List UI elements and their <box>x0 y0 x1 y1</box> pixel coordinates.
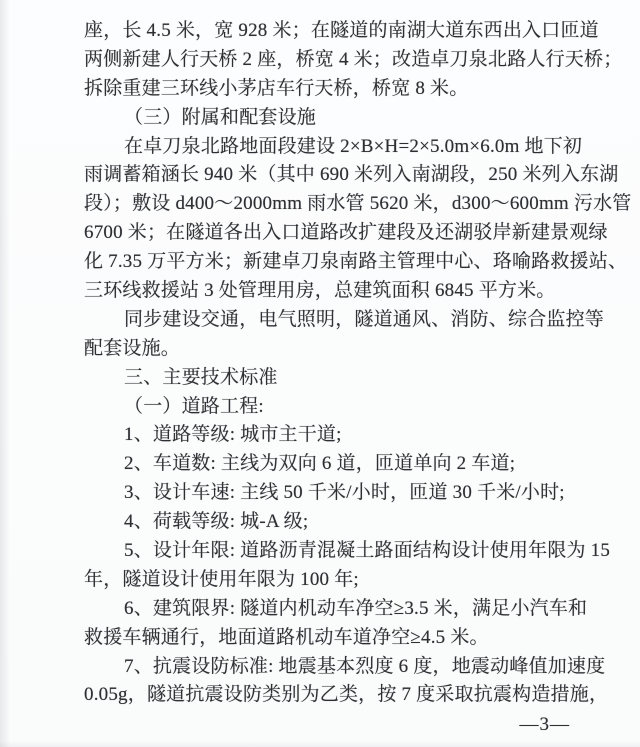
text-line: 0.05g，隧道抗震设防类别为乙类，按 7 度采取抗震构造措施， <box>84 681 574 710</box>
text-line: 年，隧道设计使用年限为 100 年; <box>84 566 574 595</box>
text-line: 1、道路等级: 城市主干道; <box>84 421 574 450</box>
text-line: 6、建筑限界: 隧道内机动车净空≥3.5 米，满足小汽车和 <box>84 595 574 624</box>
text-line: （三）附属和配套设施 <box>84 104 574 133</box>
text-line: 6700 米；在隧道各出入口道路改扩建段及还湖驳岸新建景观绿 <box>84 219 574 248</box>
document-body: 座，长 4.5 米，宽 928 米；在隧道的南湖大道东西出入口匝道两侧新建人行天… <box>84 17 574 739</box>
text-line: 在卓刀泉北路地面段建设 2×B×H=2×5.0m×6.0m 地下初 <box>84 133 574 162</box>
text-line: 3、设计车速: 主线 50 千米/小时，匝道 30 千米/小时; <box>84 479 574 508</box>
page-number-row: —3— <box>84 710 574 739</box>
text-line: 两侧新建人行天桥 2 座，桥宽 4 米；改造卓刀泉北路人行天桥； <box>84 46 574 75</box>
text-line: 三、主要技术标准 <box>84 364 574 393</box>
page-number: —3— <box>520 714 571 735</box>
text-line: 救援车辆通行，地面道路机动车道净空≥4.5 米。 <box>84 624 574 653</box>
text-line: 拆除重建三环线小茅店车行天桥，桥宽 8 米。 <box>84 75 574 104</box>
text-line: 段）；敷设 d400～2000mm 雨水管 5620 米，d300～600mm … <box>84 190 574 219</box>
text-line: 三环线救援站 3 处管理用房，总建筑面积 6845 平方米。 <box>84 277 574 306</box>
text-line: 配套设施。 <box>84 335 574 364</box>
text-line: 雨调蓄箱涵长 940 米（其中 690 米列入南湖段，250 米列入东湖 <box>84 161 574 190</box>
text-line: 7、抗震设防标准: 地震基本烈度 6 度，地震动峰值加速度 <box>84 653 574 682</box>
document-page: 座，长 4.5 米，宽 928 米；在隧道的南湖大道东西出入口匝道两侧新建人行天… <box>0 0 640 747</box>
scan-edge-shadow-bottom <box>0 741 640 747</box>
text-line: 化 7.35 万平方米；新建卓刀泉南路主管理中心、珞喻路救援站、 <box>84 248 574 277</box>
text-lines: 座，长 4.5 米，宽 928 米；在隧道的南湖大道东西出入口匝道两侧新建人行天… <box>84 17 574 710</box>
text-line: （一）道路工程: <box>84 393 574 422</box>
text-line: 5、设计年限: 道路沥青混凝土路面结构设计使用年限为 15 <box>84 537 574 566</box>
text-line: 座，长 4.5 米，宽 928 米；在隧道的南湖大道东西出入口匝道 <box>84 17 574 46</box>
text-line: 4、荷载等级: 城-A 级; <box>84 508 574 537</box>
text-line: 同步建设交通，电气照明，隧道通风、消防、综合监控等 <box>84 306 574 335</box>
text-line: 2、车道数: 主线为双向 6 道，匝道单向 2 车道; <box>84 450 574 479</box>
scan-edge-shadow-left <box>0 0 10 747</box>
